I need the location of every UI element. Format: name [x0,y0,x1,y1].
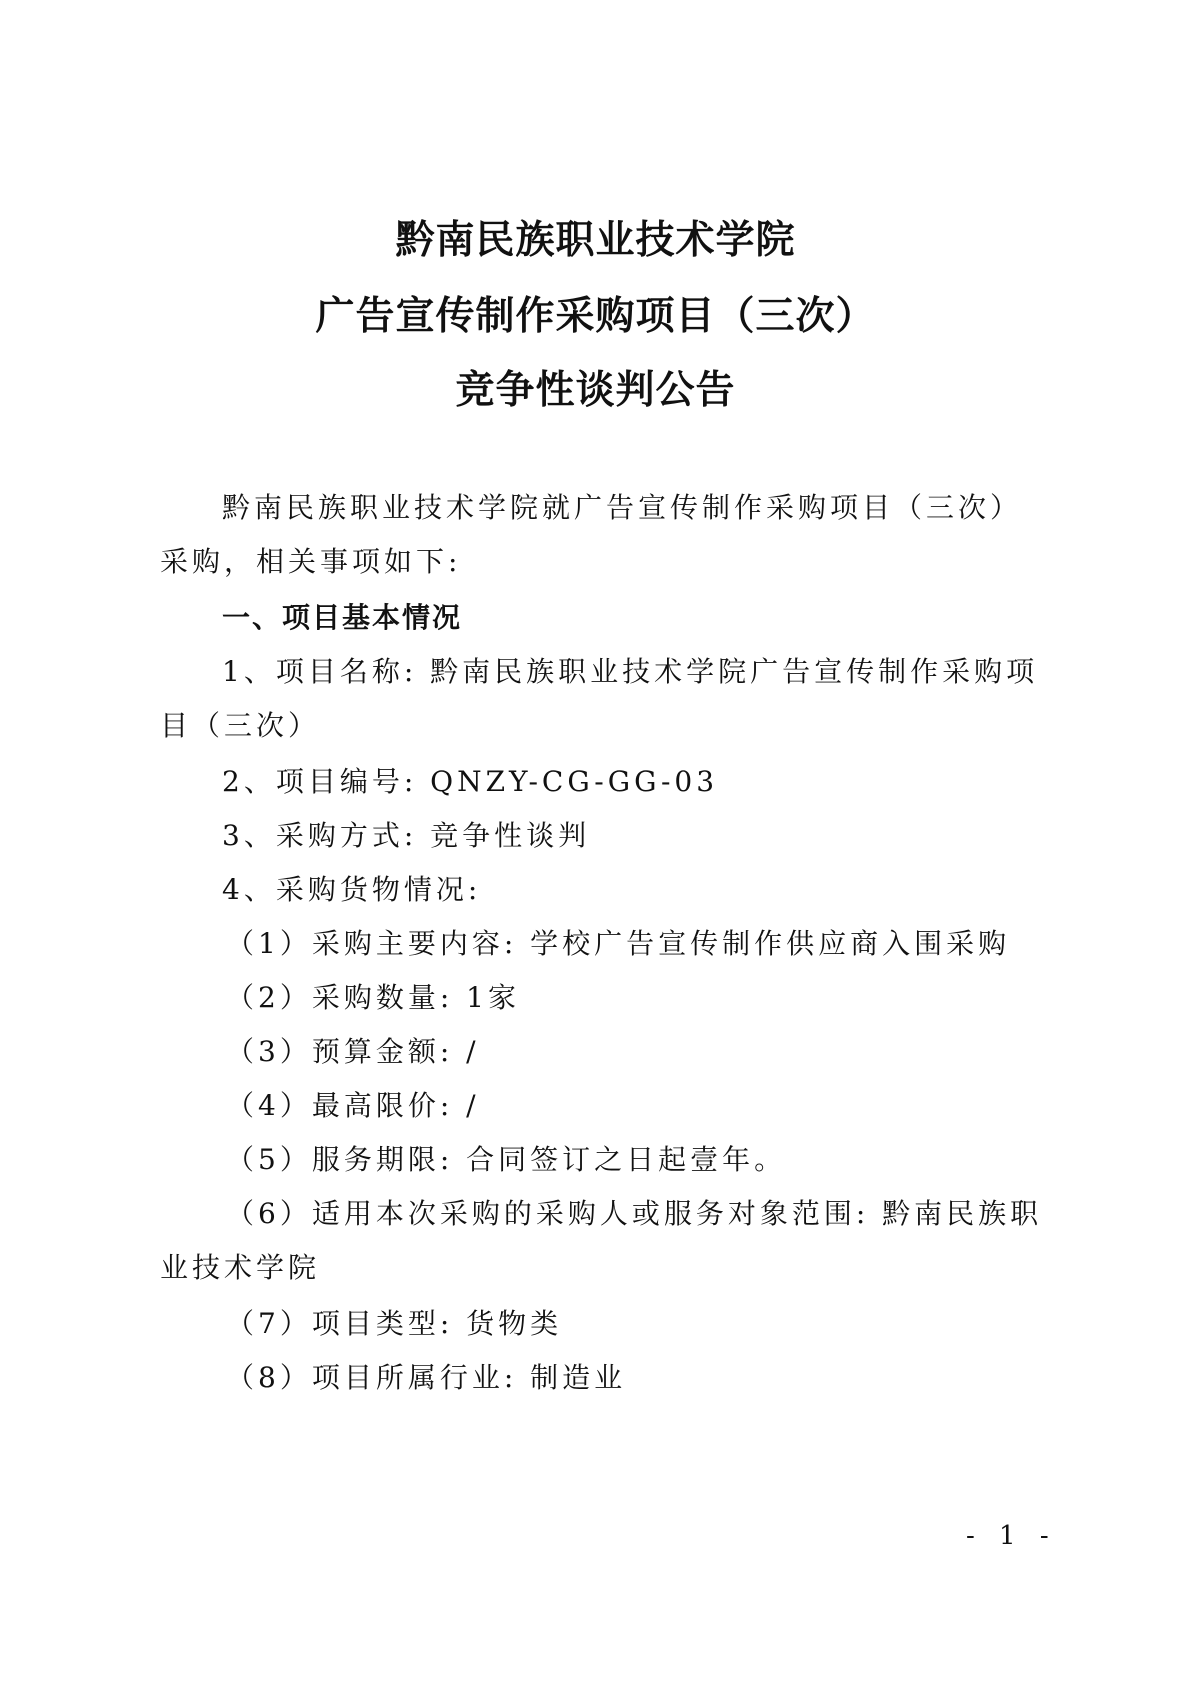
sub-item-max-price: （4）最高限价: / [226,1088,480,1124]
section-heading-basic-info: 一、项目基本情况 [222,600,462,636]
item-project-name-line2: 目（三次） [160,708,320,744]
item-project-number: 2、项目编号: QNZY-CG-GG-03 [222,764,718,800]
sub-item-scope-line1: （6）适用本次采购的采购人或服务对象范围: 黔南民族职 [226,1196,1042,1232]
sub-item-project-type: （7）项目类型: 货物类 [226,1306,562,1342]
sub-item-service-period: （5）服务期限: 合同签订之日起壹年。 [226,1142,786,1178]
sub-item-scope-line2: 业技术学院 [160,1250,320,1286]
title-project-name: 广告宣传制作采购项目（三次） [0,292,1191,340]
item-procurement-goods: 4、采购货物情况: [222,872,481,908]
item-procurement-method: 3、采购方式: 竞争性谈判 [222,818,590,854]
item-project-name-line1: 1、项目名称: 黔南民族职业技术学院广告宣传制作采购项 [222,654,1038,690]
sub-item-budget: （3）预算金额: / [226,1034,480,1070]
sub-item-quantity: （2）采购数量: 1家 [226,980,520,1016]
sub-item-main-content: （1）采购主要内容: 学校广告宣传制作供应商入围采购 [226,926,1010,962]
intro-paragraph-line1: 黔南民族职业技术学院就广告宣传制作采购项目（三次） [222,490,1022,526]
document-page: 黔南民族职业技术学院 广告宣传制作采购项目（三次） 竞争性谈判公告 黔南民族职业… [0,0,1191,1684]
title-school-name: 黔南民族职业技术学院 [0,216,1191,264]
sub-item-industry: （8）项目所属行业: 制造业 [226,1360,626,1396]
intro-paragraph-line2: 采购，相关事项如下: [160,544,461,580]
page-number: - 1 - [966,1520,1057,1552]
title-announcement-type: 竞争性谈判公告 [0,366,1191,414]
